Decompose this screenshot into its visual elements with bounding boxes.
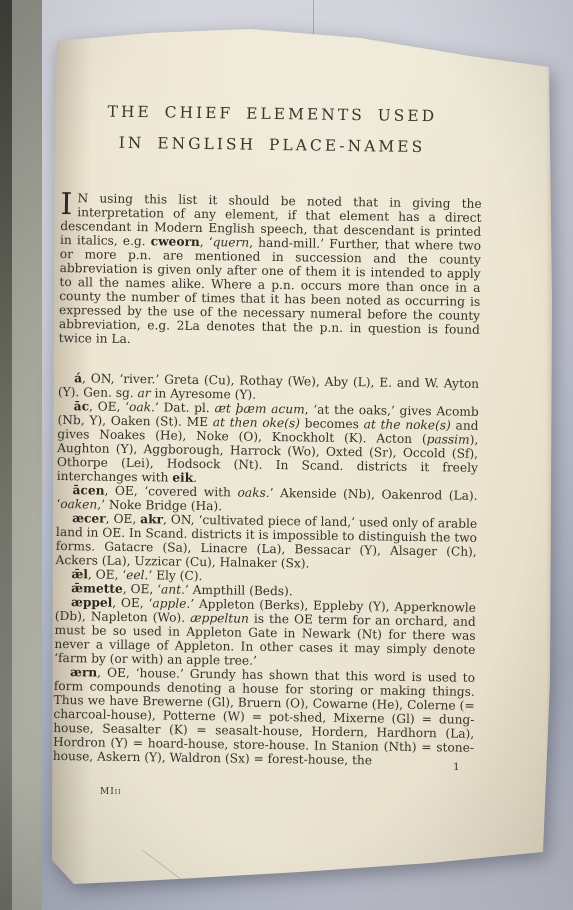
headword: æppel <box>71 595 113 610</box>
headword: cweorn <box>151 234 200 249</box>
text-run: . <box>193 471 197 485</box>
italic-run: oaken <box>60 497 97 512</box>
italic-run: quern <box>213 235 250 250</box>
book-page: THE CHIEF ELEMENTS USED IN ENGLISH PLACE… <box>0 0 573 910</box>
text-run: , ‘ <box>200 235 213 249</box>
text-run: ’ Ampthill (Beds). <box>185 583 293 599</box>
headword: eik <box>172 471 193 485</box>
text-run: , OE, ‘ <box>112 596 152 611</box>
headword: āc <box>74 399 90 413</box>
headword: æcer <box>72 511 106 525</box>
dictionary-entry: æppel, OE, ‘apple.’ Appleton (Berks), Ep… <box>54 595 476 671</box>
book-page-wrap: THE CHIEF ELEMENTS USED IN ENGLISH PLACE… <box>0 0 573 910</box>
italic-run: apple. <box>152 596 190 611</box>
text-run: ’ Ely (C). <box>148 568 202 583</box>
text-run: becomes <box>300 416 364 431</box>
headword: ācen <box>72 483 104 497</box>
drop-cap: I <box>60 191 77 218</box>
text-run: , OE, ‘ <box>89 399 129 414</box>
italic-run: eel. <box>126 568 148 582</box>
text-run: , OE, ‘ <box>88 567 126 582</box>
italic-run: ant. <box>161 582 185 596</box>
headword: á <box>74 371 82 385</box>
italic-run: passim <box>427 432 470 447</box>
page-right-edge <box>546 60 555 865</box>
intro-text: N using this list it should be noted tha… <box>59 191 482 346</box>
entry-list: á, ON, ‘river.’ Greta (Cu), Rothay (We),… <box>53 371 479 769</box>
headword: akr <box>140 512 163 526</box>
text-run: , OE, <box>106 512 141 526</box>
intro-paragraph: IN using this list it should be noted th… <box>59 191 482 351</box>
italic-run: at the noke(s) <box>364 417 451 432</box>
dictionary-entry: āc, OE, ‘oak.’ Dat. pl. æt þæm acum, ‘at… <box>57 399 479 489</box>
headword: ǣl <box>71 567 88 581</box>
italic-run: ar <box>137 386 150 400</box>
text-run: in Ayresome (Y). <box>151 386 257 401</box>
photo-background: THE CHIEF ELEMENTS USED IN ENGLISH PLACE… <box>0 0 573 910</box>
dictionary-entry: æcer, OE, akr, ON, ‘cultivated piece of … <box>55 511 477 573</box>
italic-run: æppeltun <box>190 611 249 626</box>
page-text-block: THE CHIEF ELEMENTS USED IN ENGLISH PLACE… <box>53 101 483 769</box>
page-title-line-2: IN ENGLISH PLACE-NAMES <box>61 132 482 158</box>
page-crease <box>142 850 187 885</box>
text-run: , ON, ‘river.’ Greta (Cu), Rothay (We), … <box>58 371 479 400</box>
italic-run: æt þæm acum <box>214 401 304 416</box>
page-title-line-1: THE CHIEF ELEMENTS USED <box>62 101 483 127</box>
italic-run: at then oke(s) <box>213 415 300 430</box>
italic-run: oak. <box>129 400 155 414</box>
headword: ǣmette <box>71 581 123 596</box>
text-run: , OE, ‘house.’ Grundy has shown that thi… <box>53 666 475 768</box>
headword: ærn <box>70 665 97 679</box>
text-run: , OE, ‘ <box>123 582 161 597</box>
italic-run: oaks. <box>237 485 269 499</box>
page-number: 1 <box>453 761 460 773</box>
text-run: , hand-mill.’ Further, that where two or… <box>59 236 482 346</box>
text-run: ’ Dat. pl. <box>155 400 215 415</box>
dictionary-entry: ærn, OE, ‘house.’ Grundy has shown that … <box>53 665 475 769</box>
printer-signature: MIii <box>100 787 122 797</box>
